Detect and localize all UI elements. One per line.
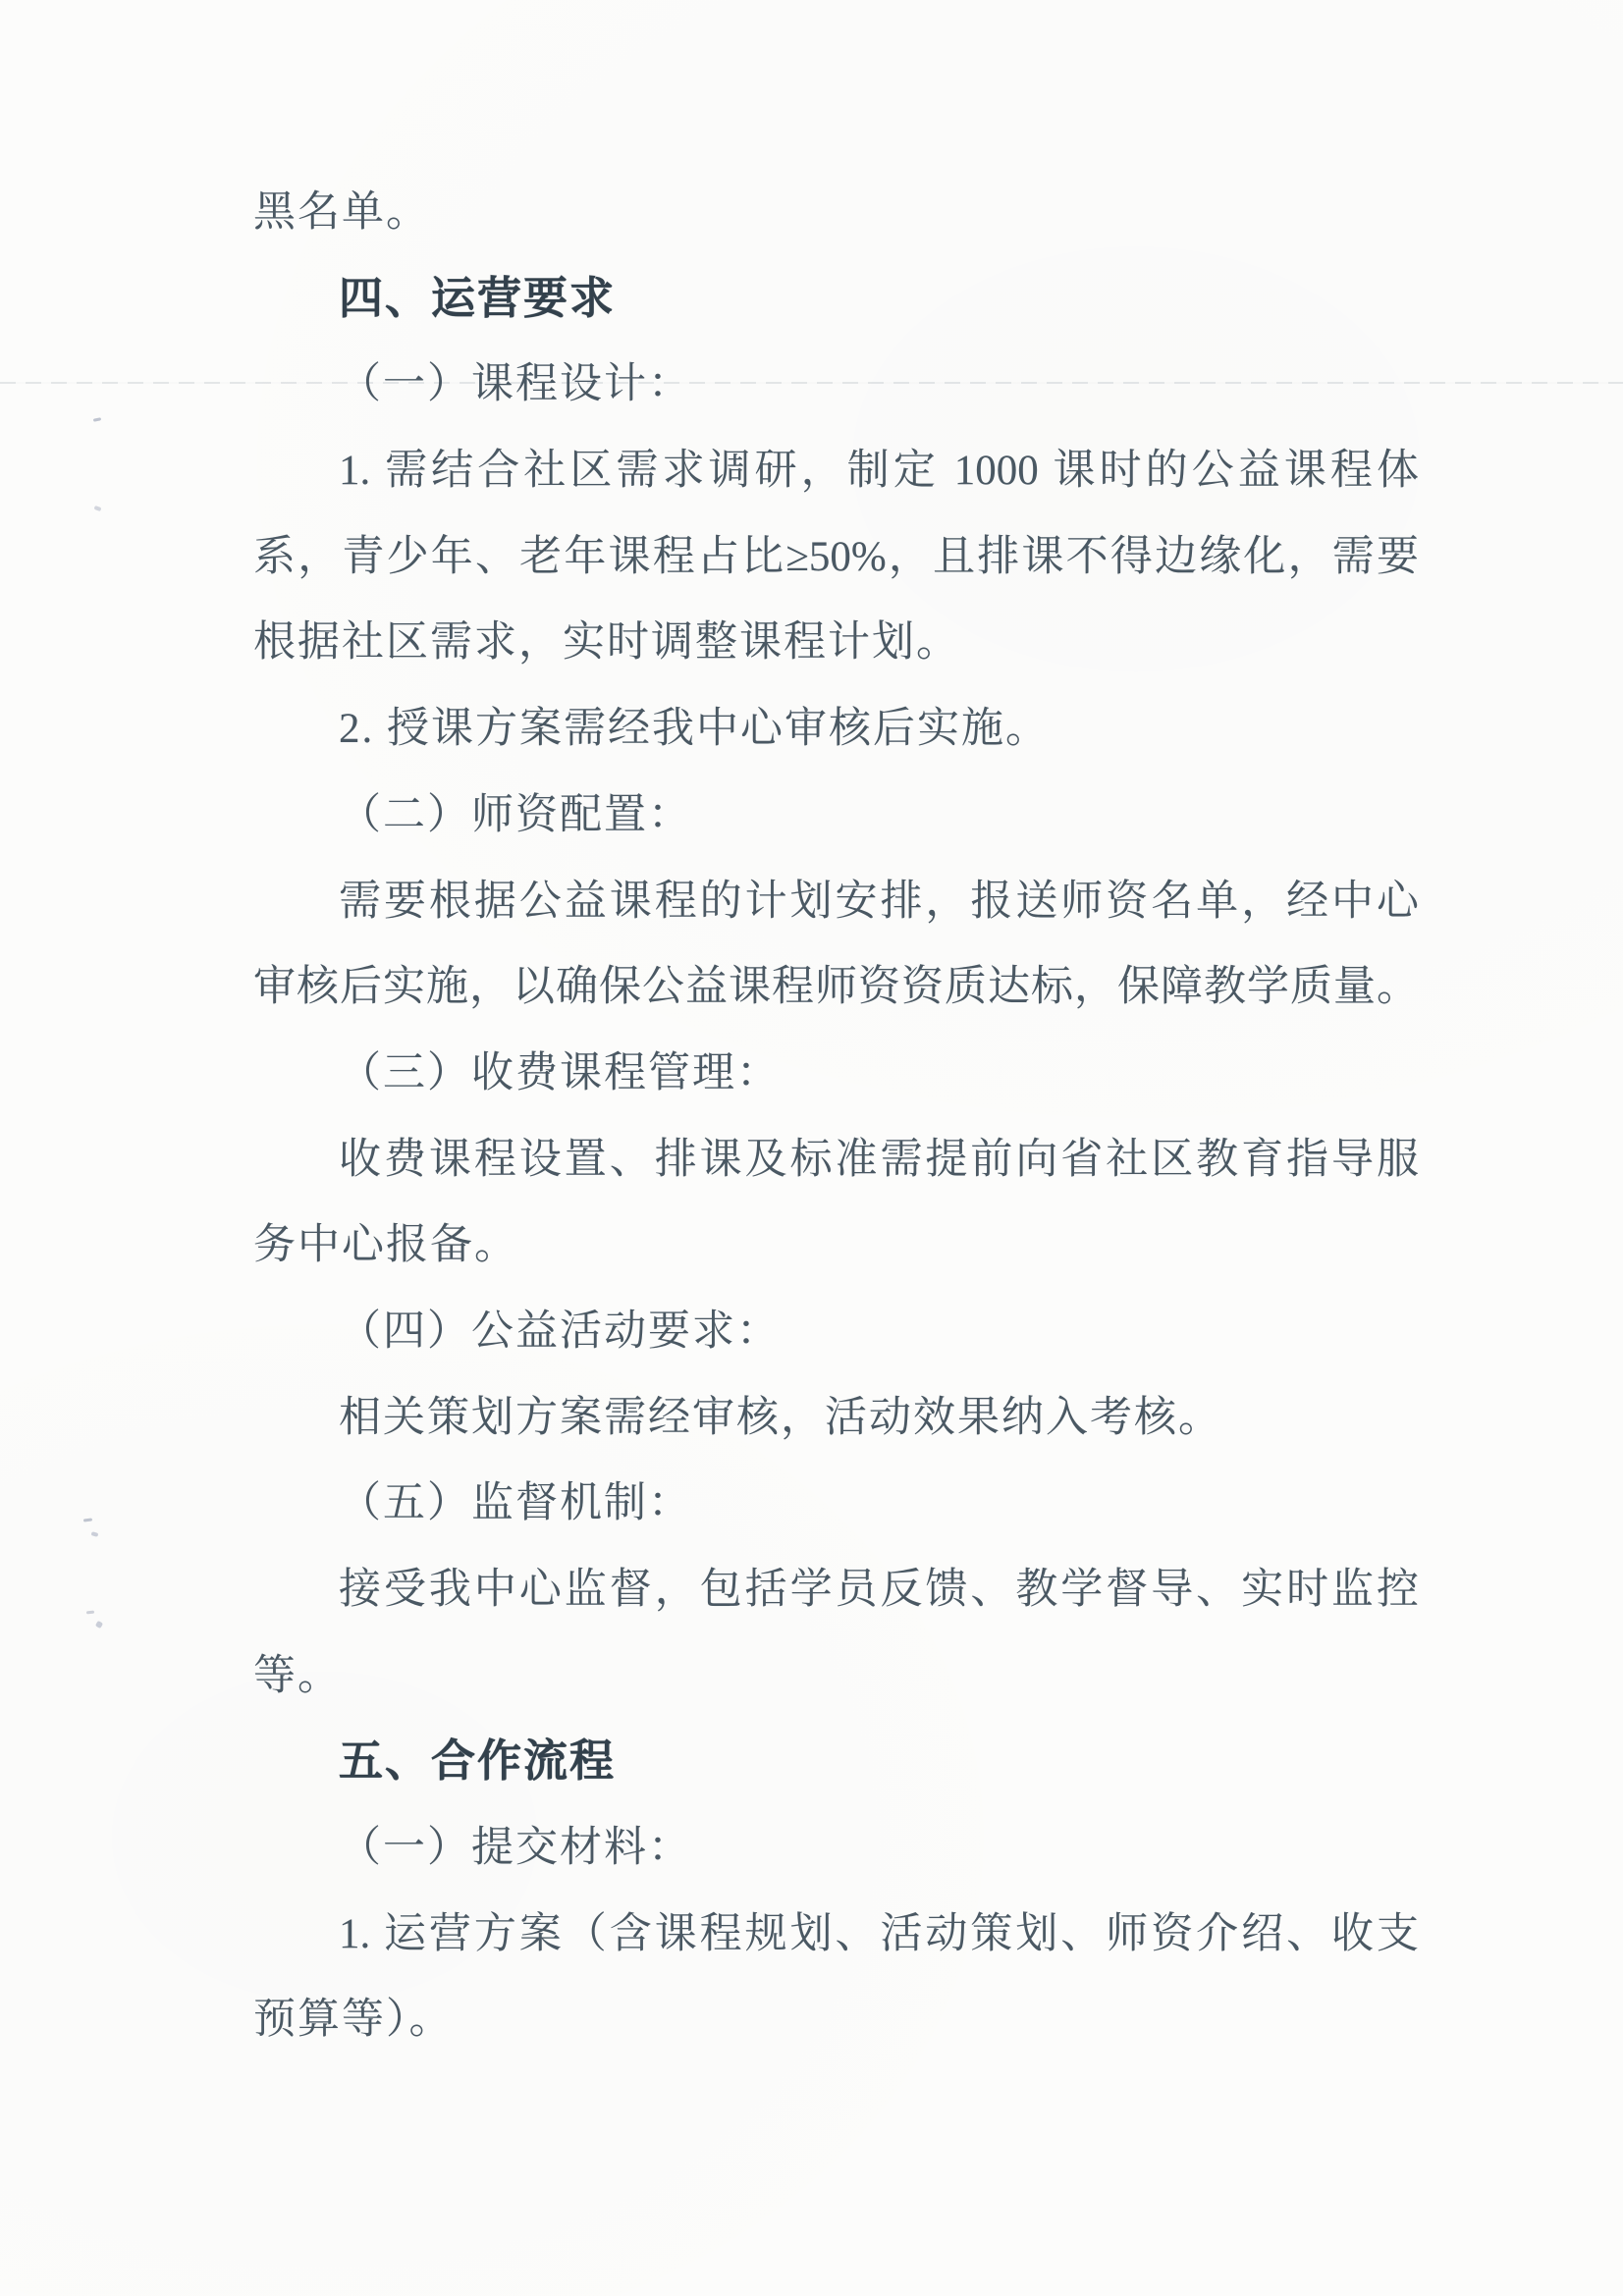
scan-speck: [94, 506, 102, 511]
text-line: 需要根据公益课程的计划安排，报送师资名单，经中心: [253, 859, 1419, 945]
section-heading: 四、运营要求: [253, 256, 1419, 343]
text-line: 预算等）。: [253, 1977, 1419, 2063]
text-line: 黑名单。: [253, 170, 1419, 256]
text-line: 相关策划方案需经审核，活动效果纳入考核。: [253, 1375, 1419, 1462]
scan-speck: [95, 1621, 103, 1629]
subsection-title: （四）公益活动要求：: [253, 1289, 1419, 1375]
text-line: 务中心报备。: [253, 1202, 1419, 1289]
text-line: 根据社区需求，实时调整课程计划。: [253, 600, 1419, 686]
text-line: 接受我中心监督，包括学员反馈、教学督导、实时监控: [253, 1547, 1419, 1633]
text-line: 1. 运营方案（含课程规划、活动策划、师资介绍、收支: [253, 1892, 1419, 1978]
subsection-title: （一）提交材料：: [253, 1805, 1419, 1892]
section-heading: 五、合作流程: [253, 1719, 1419, 1805]
scan-speck: [91, 1531, 99, 1537]
scan-speck: [86, 1611, 94, 1615]
scan-speck: [83, 1518, 92, 1522]
text-line: 2. 授课方案需经我中心审核后实施。: [253, 686, 1419, 773]
document-page: 黑名单。 四、运营要求 （一）课程设计： 1. 需结合社区需求调研，制定 100…: [0, 0, 1623, 2296]
text-line: 审核后实施，以确保公益课程师资资质达标，保障教学质量。: [253, 944, 1419, 1031]
document-text-block: 黑名单。 四、运营要求 （一）课程设计： 1. 需结合社区需求调研，制定 100…: [253, 170, 1419, 2063]
text-line: 收费课程设置、排课及标准需提前向省社区教育指导服: [253, 1117, 1419, 1203]
text-line: 1. 需结合社区需求调研，制定 1000 课时的公益课程体: [253, 428, 1419, 514]
subsection-title: （三）收费课程管理：: [253, 1031, 1419, 1117]
subsection-title: （一）课程设计：: [253, 342, 1419, 428]
scan-speck: [93, 417, 101, 422]
text-line: 系，青少年、老年课程占比≥50%，且排课不得边缘化，需要: [253, 514, 1419, 601]
text-line: 等。: [253, 1633, 1419, 1720]
subsection-title: （五）监督机制：: [253, 1461, 1419, 1547]
subsection-title: （二）师资配置：: [253, 773, 1419, 859]
